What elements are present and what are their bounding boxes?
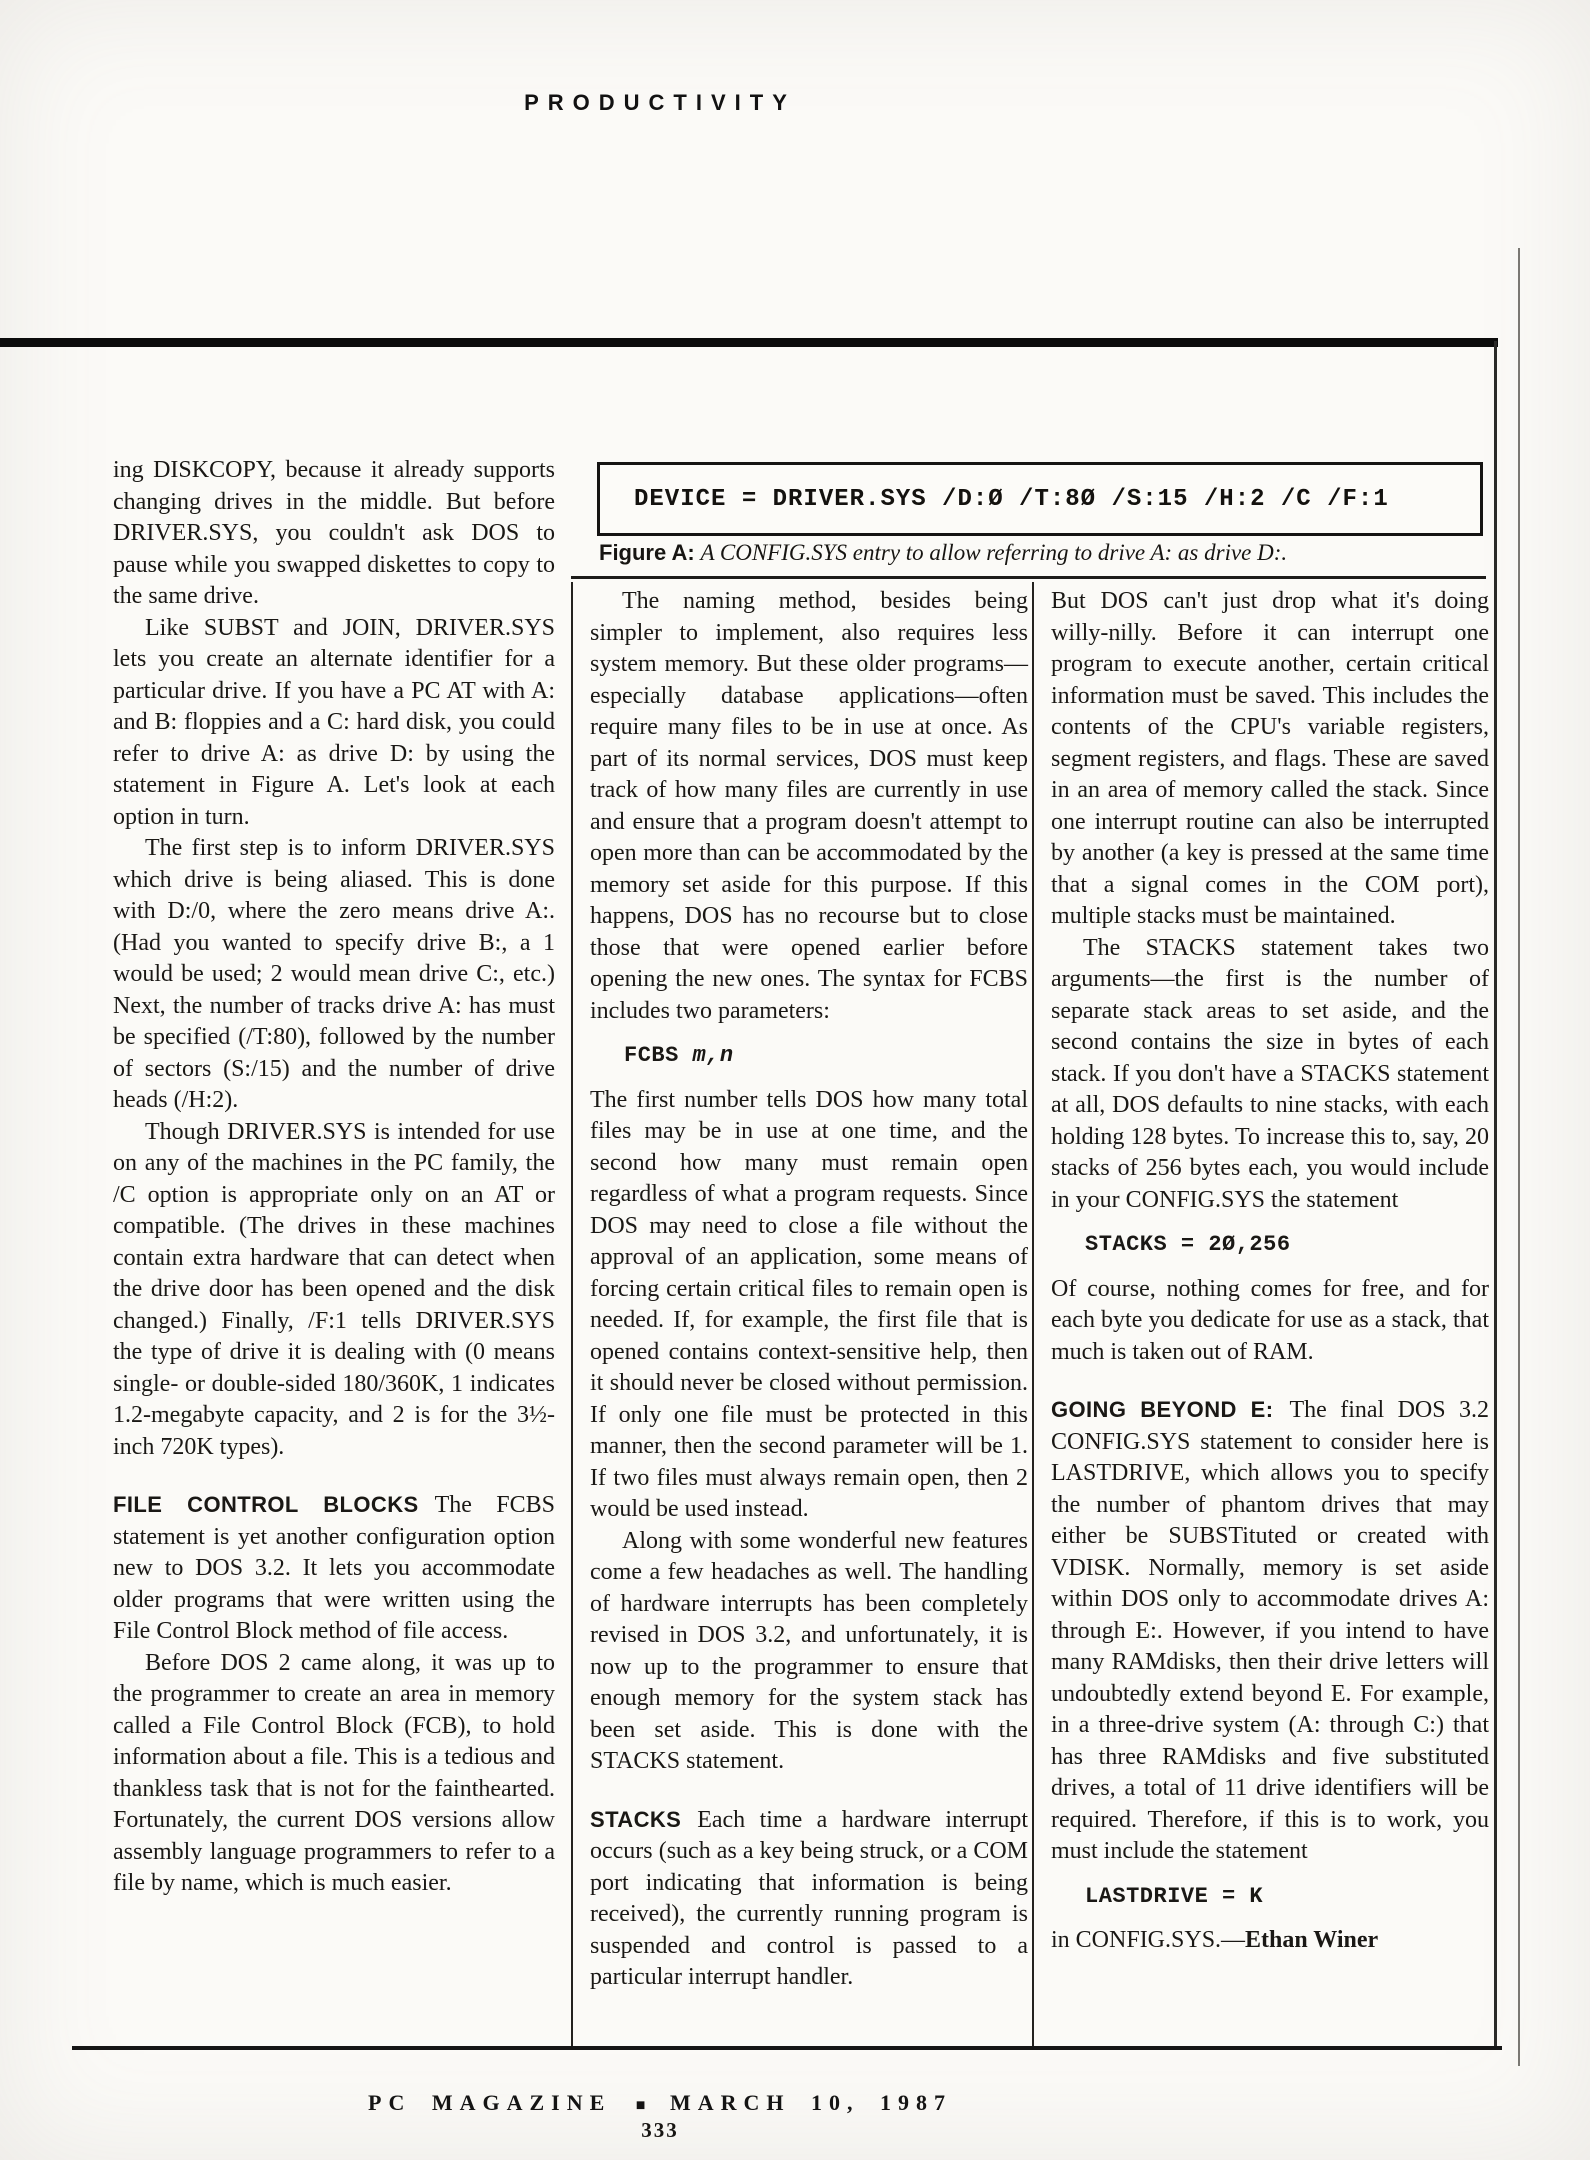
magazine-page: PRODUCTIVITY DEVICE = DRIVER.SYS /D:Ø /T… bbox=[0, 0, 1590, 2160]
article-paragraph: Of course, nothing comes for free, and f… bbox=[1051, 1274, 1489, 1369]
code-parameter-placeholders: m,n bbox=[693, 1043, 734, 1068]
run-in-heading: GOING BEYOND E: bbox=[1051, 1397, 1290, 1422]
article-paragraph: Like SUBST and JOIN, DRIVER.SYS lets you… bbox=[113, 613, 555, 834]
article-paragraph: ing DISKCOPY, because it already support… bbox=[113, 455, 555, 613]
figure-caption-rule bbox=[571, 576, 1486, 579]
figure-a-code: DEVICE = DRIVER.SYS /D:Ø /T:8Ø /S:15 /H:… bbox=[634, 486, 1389, 513]
code-statement: STACKS = 2Ø,256 bbox=[1085, 1229, 1489, 1261]
article-paragraph: The first step is to inform DRIVER.SYS w… bbox=[113, 833, 555, 1117]
page-edge-scan-line bbox=[1518, 248, 1520, 2066]
bottom-rule bbox=[72, 2046, 1502, 2050]
article-paragraph: The first number tells DOS how many tota… bbox=[590, 1085, 1028, 1526]
column-divider-1 bbox=[571, 582, 573, 2046]
figure-a-box: DEVICE = DRIVER.SYS /D:Ø /T:8Ø /S:15 /H:… bbox=[597, 462, 1483, 536]
section-kicker: PRODUCTIVITY bbox=[0, 90, 1320, 116]
column-divider-2 bbox=[1032, 582, 1034, 2046]
figure-a-caption-label: Figure A: bbox=[599, 540, 695, 565]
article-column-3: But DOS can't just drop what it's doing … bbox=[1051, 586, 1489, 1957]
code-statement: FCBS m,n bbox=[624, 1040, 1028, 1072]
article-column-2: The naming method, besides being simpler… bbox=[590, 586, 1028, 1994]
author-byline: Ethan Winer bbox=[1245, 1927, 1378, 1953]
page-number: 333 bbox=[0, 2118, 1320, 2143]
footer-issue-date: MARCH 10, 1987 bbox=[670, 2090, 952, 2115]
article-paragraph: But DOS can't just drop what it's doing … bbox=[1051, 586, 1489, 933]
run-in-heading: STACKS bbox=[590, 1807, 697, 1832]
run-in-heading-paragraph: GOING BEYOND E:The final DOS 3.2 CONFIG.… bbox=[1051, 1394, 1489, 1868]
article-paragraph: The naming method, besides being simpler… bbox=[590, 586, 1028, 1027]
frame-right-border bbox=[1494, 341, 1497, 2050]
footer-square-bullet-icon: ■ bbox=[632, 2097, 650, 2114]
article-column-1: ing DISKCOPY, because it already support… bbox=[113, 455, 555, 1900]
article-paragraph: Though DRIVER.SYS is intended for use on… bbox=[113, 1117, 555, 1464]
footer-line: PC MAGAZINE ■ MARCH 10, 1987 bbox=[0, 2090, 1320, 2116]
article-paragraph: Before DOS 2 came along, it was up to th… bbox=[113, 1648, 555, 1900]
article-paragraph: Along with some wonderful new features c… bbox=[590, 1526, 1028, 1778]
figure-a-caption: Figure A: A CONFIG.SYS entry to allow re… bbox=[599, 540, 1489, 566]
run-in-heading-paragraph: STACKSEach time a hardware interrupt occ… bbox=[590, 1804, 1028, 1994]
top-rule bbox=[0, 338, 1498, 347]
footer-magazine-name: PC MAGAZINE bbox=[368, 2090, 611, 2115]
run-in-heading: FILE CONTROL BLOCKS bbox=[113, 1492, 435, 1517]
code-statement: LASTDRIVE = K bbox=[1085, 1881, 1489, 1913]
figure-a-caption-text: A CONFIG.SYS entry to allow referring to… bbox=[700, 540, 1287, 565]
article-paragraph: The STACKS statement takes two arguments… bbox=[1051, 933, 1489, 1217]
article-paragraph: in CONFIG.SYS.—Ethan Winer bbox=[1051, 1925, 1489, 1957]
run-in-heading-paragraph: FILE CONTROL BLOCKSThe FCBS statement is… bbox=[113, 1489, 555, 1648]
